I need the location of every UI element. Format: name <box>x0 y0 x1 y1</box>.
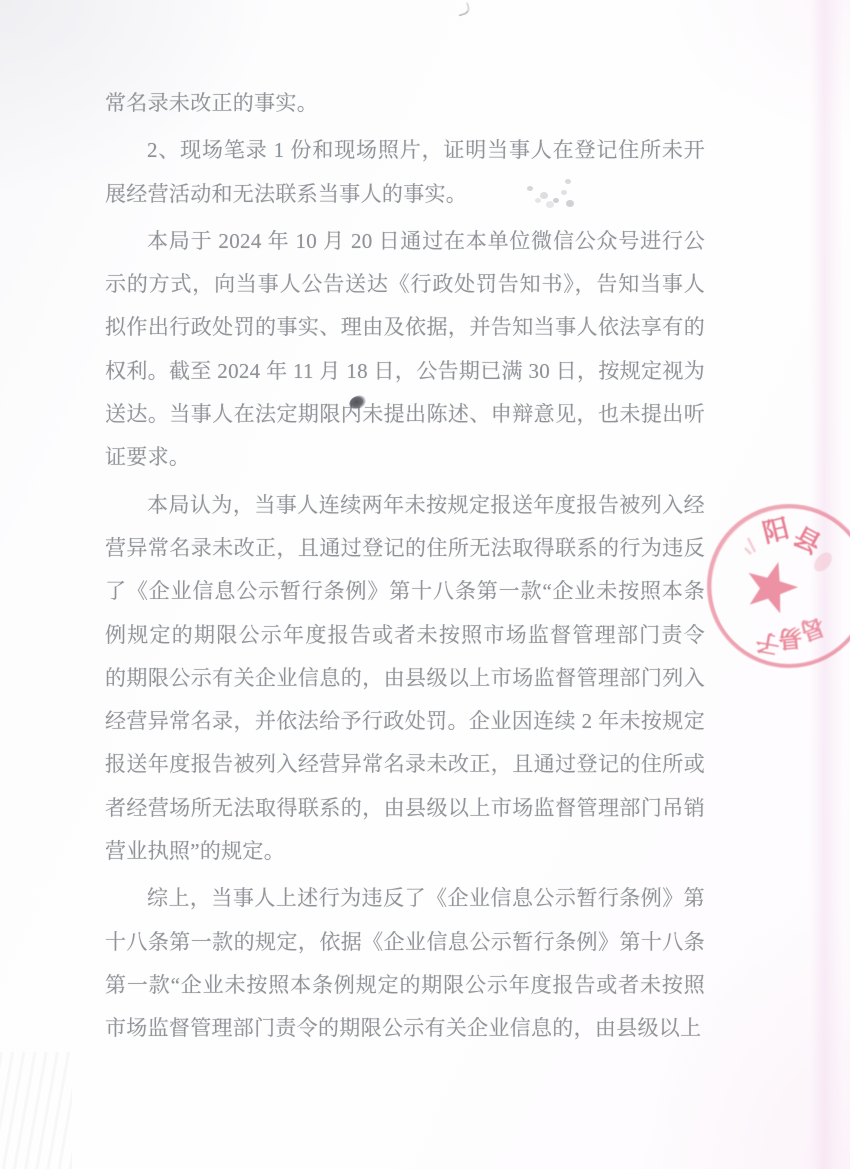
text-line: 了《企业信息公示暂行条例》第十八条第一款“企业未按照本条 <box>105 570 705 613</box>
text-line: 营业执照”的规定。 <box>105 830 705 873</box>
paragraph: 2、现场笔录 1 份和现场照片，证明当事人在登记住所未开展经营活动和无法联系当事… <box>105 129 705 216</box>
text-line: 本局于 2024 年 10 月 20 日通过在本单位微信公众号进行公 <box>105 220 705 263</box>
text-line: 者经营场所无法取得联系的，由县级以上市场监督管理部门吊销 <box>105 787 705 830</box>
official-red-seal: 阳 县 子 昜 曷 <box>690 478 850 693</box>
text-line: 市场监督管理部门责令的期限公示有关企业信息的，由县级以上 <box>105 1007 705 1050</box>
paragraph: 综上，当事人上述行为违反了《企业信息公示暂行条例》第十八条第一款的规定，依据《企… <box>105 877 705 1050</box>
text-line: 常名录未改正的事实。 <box>105 82 705 125</box>
text-line: 十八条第一款的规定，依据《企业信息公示暂行条例》第十八条 <box>105 921 705 964</box>
text-line: 示的方式，向当事人公告送达《行政处罚告知书》，告知当事人 <box>105 263 705 306</box>
text-line: 本局认为，当事人连续两年未按规定报送年度报告被列入经 <box>105 484 705 527</box>
seal-bottom-mark-2: 昜 <box>777 623 803 652</box>
text-line: 经营异常名录，并依法给予行政处罚。企业因连续 2 年未按规定 <box>105 700 705 743</box>
text-line: 营异常名录未改正，且通过登记的住所无法取得联系的行为违反 <box>105 527 705 570</box>
paragraph: 本局认为，当事人连续两年未按规定报送年度报告被列入经营异常名录未改正，且通过登记… <box>105 484 705 874</box>
paragraph: 常名录未改正的事实。 <box>105 82 705 125</box>
scanned-document-page: 常名录未改正的事实。2、现场笔录 1 份和现场照片，证明当事人在登记住所未开展经… <box>0 0 850 1169</box>
text-line: 的期限公示有关企业信息的，由县级以上市场监督管理部门列入 <box>105 657 705 700</box>
text-line: 权利。截至 2024 年 11 月 18 日，公告期已满 30 日，按规定视为 <box>105 350 705 393</box>
text-line: 展经营活动和无法联系当事人的事实。 <box>105 173 705 216</box>
text-line: 第一款“企业未按照本条例规定的期限公示年度报告或者未按照 <box>105 964 705 1007</box>
top-edge-mark-artifact <box>456 2 472 16</box>
seal-partial-glyph <box>745 538 755 554</box>
text-line: 拟作出行政处罚的事实、理由及依据，并告知当事人依法享有的 <box>105 306 705 349</box>
text-line: 证要求。 <box>105 436 705 479</box>
text-line: 送达。当事人在法定期限内未提出陈述、申辩意见，也未提出听 <box>105 393 705 436</box>
seal-star-icon <box>749 562 798 613</box>
document-body-text: 常名录未改正的事实。2、现场笔录 1 份和现场照片，证明当事人在登记住所未开展经… <box>105 82 705 1051</box>
seal-top-char-1: 阳 <box>760 514 792 548</box>
text-line: 报送年度报告被列入经营异常名录未改正，且通过登记的住所或 <box>105 743 705 786</box>
seal-top-char-2: 县 <box>789 522 826 560</box>
text-line: 综上，当事人上述行为违反了《企业信息公示暂行条例》第 <box>105 877 705 920</box>
left-edge-streaks-artifact <box>0 1052 72 1169</box>
text-line: 例规定的期限公示年度报告或者未按照市场监督管理部门责令 <box>105 614 705 657</box>
text-line: 2、现场笔录 1 份和现场照片，证明当事人在登记住所未开 <box>105 129 705 172</box>
paragraph: 本局于 2024 年 10 月 20 日通过在本单位微信公众号进行公示的方式，向… <box>105 220 705 480</box>
